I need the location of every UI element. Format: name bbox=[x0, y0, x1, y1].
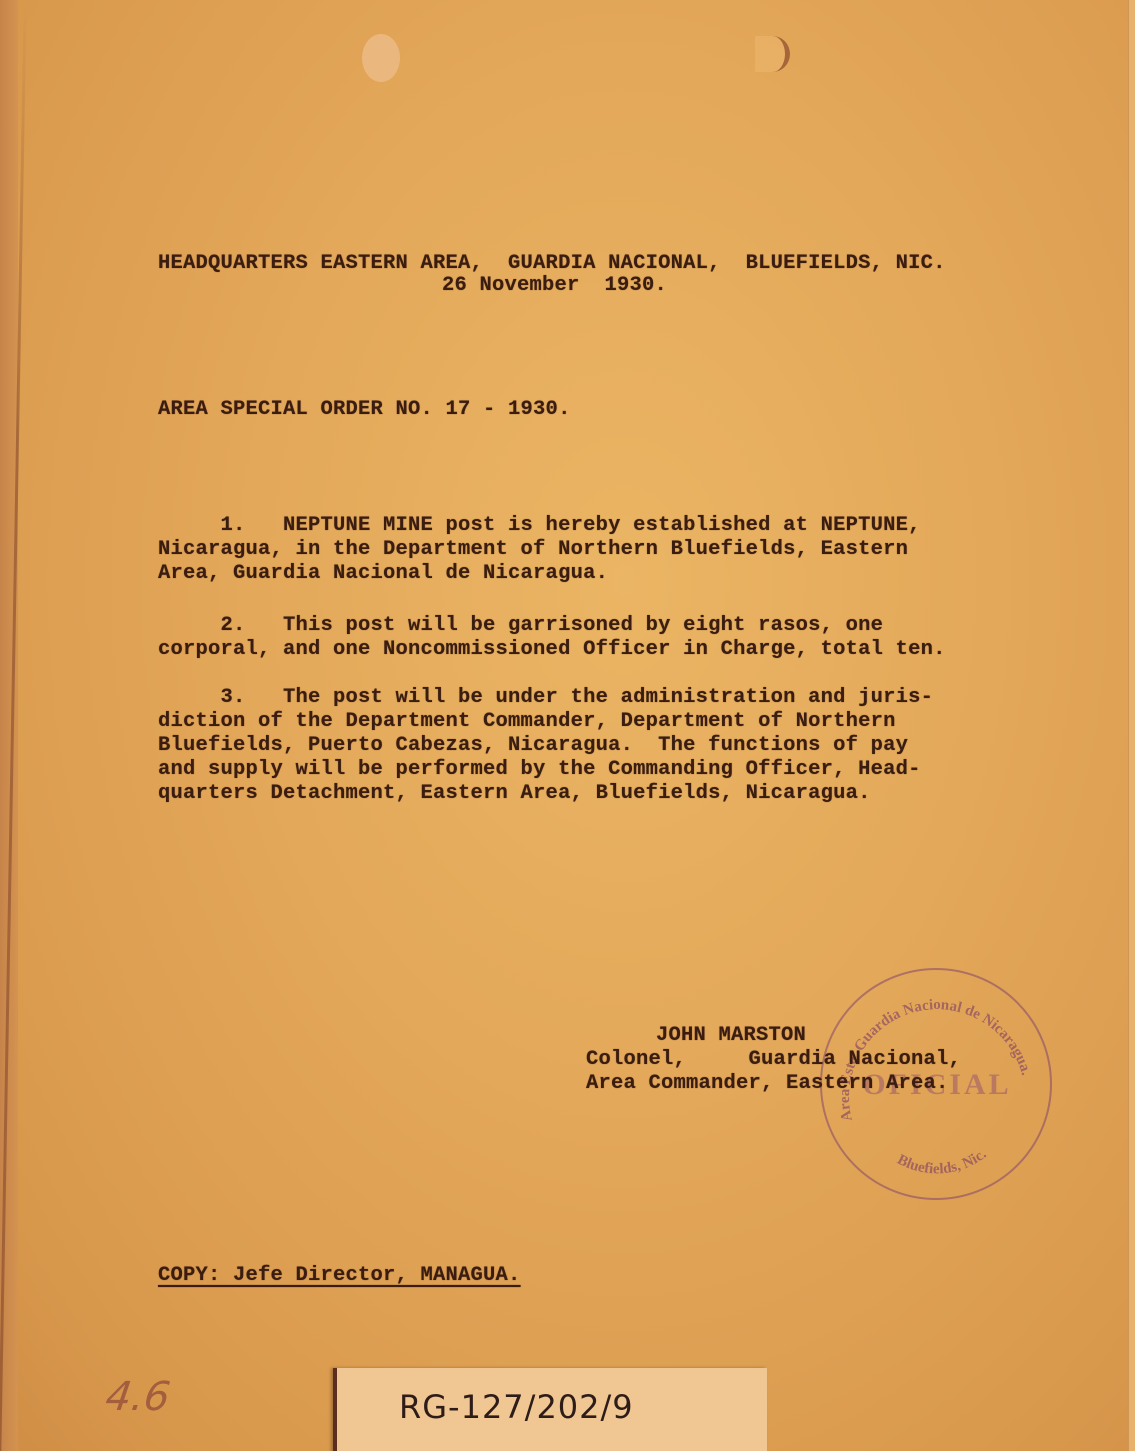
paragraph-line: corporal, and one Noncommissioned Office… bbox=[158, 638, 1058, 662]
signatory-title: Colonel, Guardia Nacional, bbox=[586, 1048, 961, 1072]
handwritten-page-number: 4.6 bbox=[103, 1374, 173, 1420]
paragraph-line: quarters Detachment, Eastern Area, Bluef… bbox=[158, 782, 1058, 806]
signatory-title: Area Commander, Eastern Area. bbox=[586, 1072, 961, 1096]
paragraph-line: Nicaragua, in the Department of Northern… bbox=[158, 538, 1058, 562]
paragraph-2: 2. This post will be garrisoned by eight… bbox=[158, 614, 1058, 662]
paragraph-line: Area, Guardia Nacional de Nicaragua. bbox=[158, 562, 1058, 586]
document-date: 26 November 1930. bbox=[442, 274, 667, 298]
paragraph-line: diction of the Department Commander, Dep… bbox=[158, 710, 1058, 734]
signatory-name: JOHN MARSTON bbox=[586, 1024, 961, 1048]
paragraph-line: Bluefields, Puerto Cabezas, Nicaragua. T… bbox=[158, 734, 1058, 758]
paragraph-3: 3. The post will be under the administra… bbox=[158, 686, 1058, 806]
order-title: AREA SPECIAL ORDER NO. 17 - 1930. bbox=[158, 398, 571, 422]
document-page: HEADQUARTERS EASTERN AREA, GUARDIA NACIO… bbox=[0, 0, 1135, 1451]
archive-label-card: RG-127/202/9 bbox=[333, 1368, 767, 1451]
archive-reference: RG-127/202/9 bbox=[399, 1388, 634, 1426]
paragraph-line: 3. The post will be under the administra… bbox=[158, 686, 1058, 710]
copy-distribution-line: COPY: Jefe Director, MANAGUA. bbox=[158, 1264, 521, 1288]
seal-bottom-text: Bluefields, Nic. bbox=[895, 1146, 990, 1177]
signature-block: JOHN MARSTON Colonel, Guardia Nacional, … bbox=[586, 1024, 961, 1096]
punch-hole-right bbox=[755, 36, 790, 72]
page-right-edge bbox=[1128, 0, 1135, 1451]
svg-text:Bluefields, Nic.: Bluefields, Nic. bbox=[895, 1146, 990, 1177]
letterhead-line: HEADQUARTERS EASTERN AREA, GUARDIA NACIO… bbox=[158, 252, 946, 276]
paragraph-line: 1. NEPTUNE MINE post is hereby establish… bbox=[158, 514, 1058, 538]
punch-hole-left bbox=[362, 34, 400, 82]
paragraph-line: and supply will be performed by the Comm… bbox=[158, 758, 1058, 782]
paragraph-line: 2. This post will be garrisoned by eight… bbox=[158, 614, 1058, 638]
paragraph-1: 1. NEPTUNE MINE post is hereby establish… bbox=[158, 514, 1058, 586]
